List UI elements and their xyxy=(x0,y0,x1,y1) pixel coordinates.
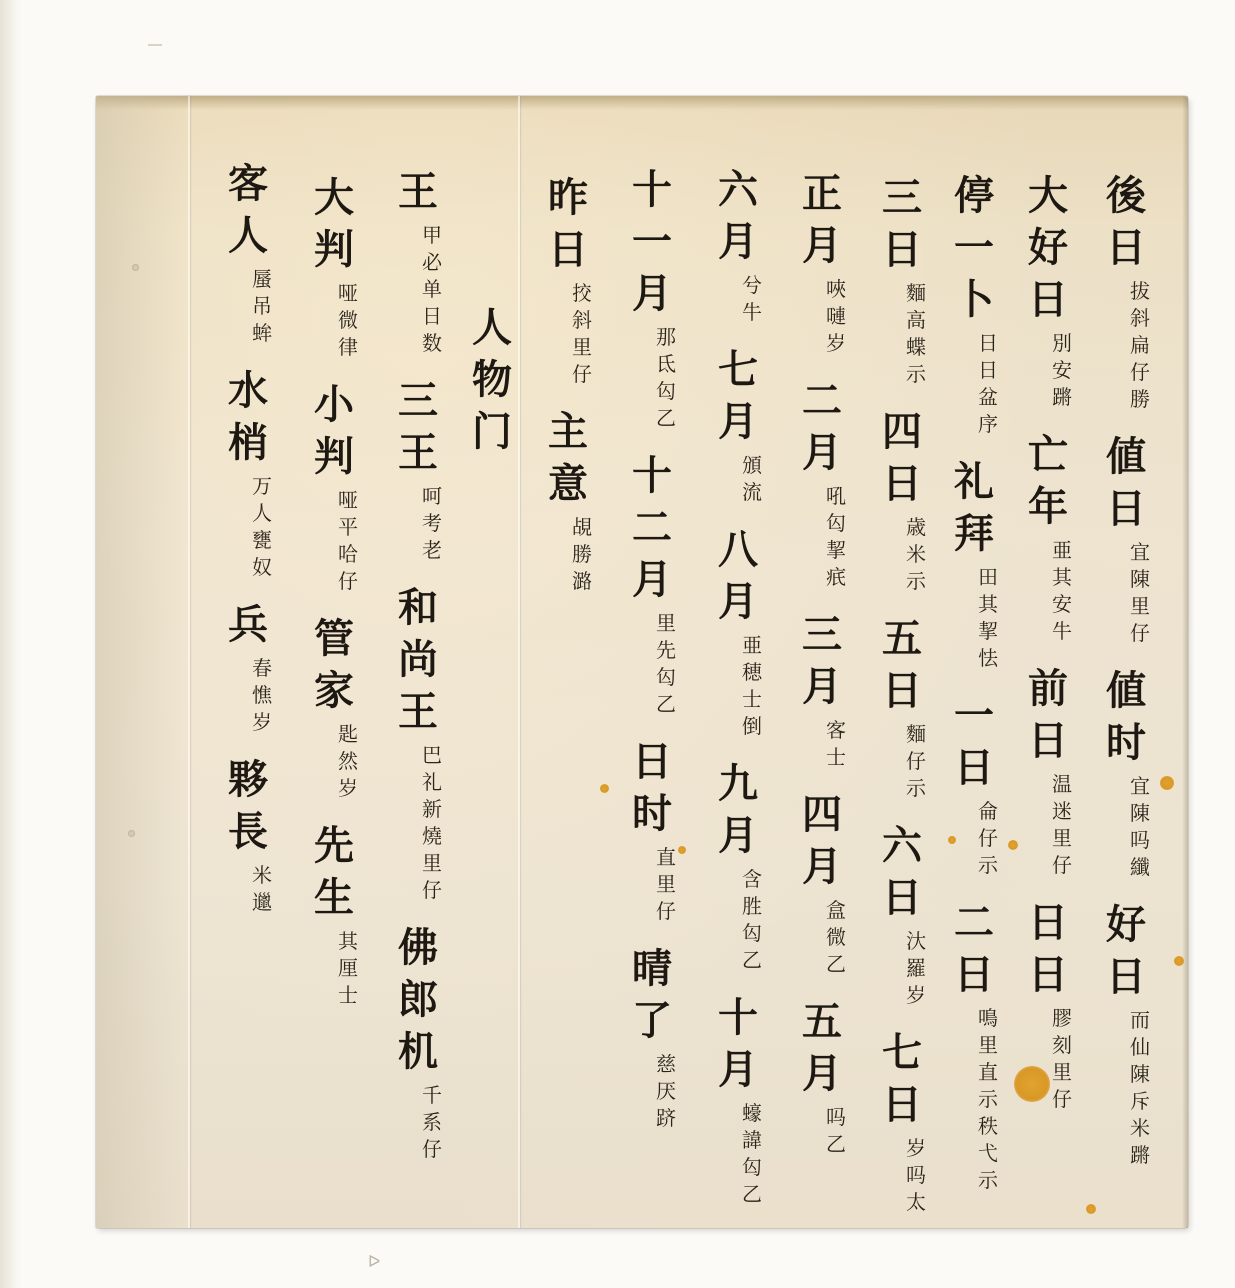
sheet-binding-strip xyxy=(96,96,188,1228)
vocab-entry: 大判哑微律 xyxy=(308,172,362,379)
gloss-annotation: 頒流 xyxy=(738,452,766,506)
headword: 日时 xyxy=(626,736,678,840)
headword: 王 xyxy=(392,166,444,218)
text-column-5: 正月唊嗹岁二月吼匃挈疧三月客士四月盒微乙五月吗乙 xyxy=(796,168,876,1176)
text-column-2: 大好日別安蹡亡年亜其安牛前日温迷里仔日日膠刻里仔 xyxy=(1022,170,1102,1131)
vocab-entry: 十月蠔諱匃乙 xyxy=(712,992,766,1226)
gloss-annotation: 蠔諱匃乙 xyxy=(738,1100,766,1208)
headword: 大判 xyxy=(308,172,360,276)
vocab-entry: 五月吗乙 xyxy=(796,996,850,1176)
headword: 四日 xyxy=(876,406,928,510)
vocab-entry: 佛郎机千系仔 xyxy=(392,922,446,1181)
headword: 十二月 xyxy=(626,450,678,606)
gloss-annotation: 田其挈怯 xyxy=(974,564,1002,672)
gloss-annotation: 温迷里仔 xyxy=(1048,771,1076,879)
text-column-7: 十一月那氐匃乙十二月里先匃乙日时直里仔晴了慈厌跻 xyxy=(626,164,706,1150)
gloss-annotation: 拔斜扁仔勝 xyxy=(1126,278,1154,413)
vocab-entry: 管家匙然岁 xyxy=(308,613,362,820)
headword: 好日 xyxy=(1100,899,1152,1003)
vocab-entry: 昨日挍斜里仔 xyxy=(542,172,596,406)
vocab-entry: 三日麵高蝶示 xyxy=(876,172,930,406)
headword: 六日 xyxy=(876,820,928,924)
gloss-annotation: 哑微律 xyxy=(334,280,362,361)
vocab-entry: 晴了慈厌跻 xyxy=(626,943,680,1150)
headword: 昨日 xyxy=(542,172,594,276)
vocab-entry: 十一月那氐匃乙 xyxy=(626,164,680,450)
headword: 後日 xyxy=(1100,170,1152,274)
gloss-annotation: 其厘士 xyxy=(334,928,362,1009)
headword: 夥長 xyxy=(222,754,274,858)
vocab-entry: 七月頒流 xyxy=(712,344,766,524)
headword: 九月 xyxy=(712,758,764,862)
vocab-entry: 正月唊嗹岁 xyxy=(796,168,850,375)
vocab-entry: 王甲必单日数 xyxy=(392,166,446,375)
vocab-entry: 先生其厘士 xyxy=(308,820,362,1027)
headword: 管家 xyxy=(308,613,360,717)
vocab-entry: 十二月里先匃乙 xyxy=(626,450,680,736)
vocab-entry: 一日侖仔示 xyxy=(948,690,1002,897)
fold-line xyxy=(518,96,520,1228)
gloss-annotation: 吼匃挈疧 xyxy=(822,483,850,591)
vocab-entry: 七日岁吗太 xyxy=(876,1027,930,1234)
gloss-annotation: 米邋 xyxy=(248,862,276,916)
text-column-4: 三日麵高蝶示四日歳米示五日麵仔示六日汏羅岁七日岁吗太 xyxy=(876,172,956,1234)
gloss-annotation: 甲必单日数 xyxy=(418,222,446,357)
headword: 七日 xyxy=(876,1027,928,1131)
gloss-annotation: 亜穂士倒 xyxy=(738,632,766,740)
gloss-annotation: 別安蹡 xyxy=(1048,330,1076,411)
headword: 三王 xyxy=(392,375,444,479)
gloss-annotation: 宜陳里仔 xyxy=(1126,539,1154,647)
headword: 人物门 xyxy=(466,302,518,458)
section-heading: 人物门 xyxy=(466,302,518,476)
gloss-annotation: 呵考老 xyxy=(418,483,446,564)
gloss-annotation: 挍斜里仔 xyxy=(568,280,596,388)
gloss-annotation: 匙然岁 xyxy=(334,721,362,802)
gloss-annotation: 膠刻里仔 xyxy=(1048,1005,1076,1113)
scan-mark xyxy=(148,44,162,46)
text-column-9: 人物门 xyxy=(466,302,546,476)
vocab-entry: 日日膠刻里仔 xyxy=(1022,897,1076,1131)
headword: 晴了 xyxy=(626,943,678,1047)
scan-mark-bottom: ᐅ xyxy=(368,1252,380,1271)
gloss-annotation: 客士 xyxy=(822,717,850,771)
gloss-annotation: 覘勝潞 xyxy=(568,514,596,595)
gloss-annotation: 万人甕奴 xyxy=(248,473,276,581)
binding-hole xyxy=(128,830,135,837)
vocab-entry: 五日麵仔示 xyxy=(876,613,930,820)
vocab-entry: 好日而仙陳斥米蹡 xyxy=(1100,899,1154,1187)
gloss-annotation: 麵仔示 xyxy=(902,721,930,802)
vocab-entry: 兵春憔岁 xyxy=(222,599,276,754)
vocab-entry: 和尚王巴礼新燒里仔 xyxy=(392,582,446,922)
vocab-entry: 水梢万人甕奴 xyxy=(222,365,276,599)
text-column-10: 王甲必单日数三王呵考老和尚王巴礼新燒里仔佛郎机千系仔 xyxy=(392,166,472,1181)
headword: 前日 xyxy=(1022,663,1074,767)
vocab-entry: 値日宜陳里仔 xyxy=(1100,431,1154,665)
headword: 二月 xyxy=(796,375,848,479)
gloss-annotation: 侖仔示 xyxy=(974,798,1002,879)
vocab-entry: 二日鳴里直示秩弋示 xyxy=(948,897,1002,1212)
headword: 七月 xyxy=(712,344,764,448)
gloss-annotation: 麵高蝶示 xyxy=(902,280,930,388)
vocab-entry: 停一卜日日盆序 xyxy=(948,170,1002,456)
vocab-entry: 四月盒微乙 xyxy=(796,789,850,996)
vocab-entry: 客人蜃吊蛑 xyxy=(222,158,276,365)
text-column-3: 停一卜日日盆序礼拜田其挈怯一日侖仔示二日鳴里直示秩弋示 xyxy=(948,170,1028,1212)
vocab-entry: 前日温迷里仔 xyxy=(1022,663,1076,897)
gloss-annotation: 而仙陳斥米蹡 xyxy=(1126,1007,1154,1169)
gloss-annotation: 巴礼新燒里仔 xyxy=(418,742,446,904)
vocab-entry: 三王呵考老 xyxy=(392,375,446,582)
sheet-worn-top-edge xyxy=(96,96,1188,110)
headword: 六月 xyxy=(712,164,764,268)
gloss-annotation: 亜其安牛 xyxy=(1048,537,1076,645)
text-column-12: 客人蜃吊蛑水梢万人甕奴兵春憔岁夥長米邋 xyxy=(222,158,302,934)
vocab-entry: 大好日別安蹡 xyxy=(1022,170,1076,429)
gloss-annotation: 春憔岁 xyxy=(248,655,276,736)
gloss-annotation: 直里仔 xyxy=(652,844,680,925)
binding-hole xyxy=(132,264,139,271)
headword: 十一月 xyxy=(626,164,678,320)
headword: 主意 xyxy=(542,406,594,510)
vocab-entry: 八月亜穂士倒 xyxy=(712,524,766,758)
headword: 値日 xyxy=(1100,431,1152,535)
vocab-entry: 値时宜陳吗纖 xyxy=(1100,665,1154,899)
headword: 日日 xyxy=(1022,897,1074,1001)
gloss-annotation: 岁吗太 xyxy=(902,1135,930,1216)
headword: 兵 xyxy=(222,599,274,651)
headword: 十月 xyxy=(712,992,764,1096)
headword: 佛郎机 xyxy=(392,922,444,1078)
text-column-8: 昨日挍斜里仔主意覘勝潞 xyxy=(542,172,622,613)
gloss-annotation: 里先匃乙 xyxy=(652,610,680,718)
headword: 客人 xyxy=(222,158,274,262)
headword: 水梢 xyxy=(222,365,274,469)
vocab-entry: 夥長米邋 xyxy=(222,754,276,934)
gloss-annotation: 唊嗹岁 xyxy=(822,276,850,357)
sheet-right-edge xyxy=(1182,96,1188,1228)
text-column-6: 六月兮牛七月頒流八月亜穂士倒九月含胜匃乙十月蠔諱匃乙 xyxy=(712,164,792,1226)
gloss-annotation: 鳴里直示秩弋示 xyxy=(974,1005,1002,1194)
vocab-entry: 六日汏羅岁 xyxy=(876,820,930,1027)
gloss-annotation: 哑平哈仔 xyxy=(334,487,362,595)
vocab-entry: 後日拔斜扁仔勝 xyxy=(1100,170,1154,431)
headword: 八月 xyxy=(712,524,764,628)
vocab-entry: 六月兮牛 xyxy=(712,164,766,344)
vocab-entry: 主意覘勝潞 xyxy=(542,406,596,613)
headword: 正月 xyxy=(796,168,848,272)
fold-line xyxy=(188,96,190,1228)
gloss-annotation: 含胜匃乙 xyxy=(738,866,766,974)
text-column-11: 大判哑微律小判哑平哈仔管家匙然岁先生其厘士 xyxy=(308,172,388,1027)
gloss-annotation: 宜陳吗纖 xyxy=(1126,773,1154,881)
vocab-entry: 小判哑平哈仔 xyxy=(308,379,362,613)
gloss-annotation: 吗乙 xyxy=(822,1104,850,1158)
headword: 小判 xyxy=(308,379,360,483)
page-gutter-shadow xyxy=(0,0,22,1288)
gloss-annotation: 蜃吊蛑 xyxy=(248,266,276,347)
gloss-annotation: 慈厌跻 xyxy=(652,1051,680,1132)
headword: 大好日 xyxy=(1022,170,1074,326)
gloss-annotation: 兮牛 xyxy=(738,272,766,326)
vocab-entry: 四日歳米示 xyxy=(876,406,930,613)
headword: 五日 xyxy=(876,613,928,717)
gloss-annotation: 汏羅岁 xyxy=(902,928,930,1009)
gloss-annotation: 日日盆序 xyxy=(974,330,1002,438)
gloss-annotation: 歳米示 xyxy=(902,514,930,595)
headword: 和尚王 xyxy=(392,582,444,738)
ink-stain xyxy=(1086,1204,1096,1214)
headword: 五月 xyxy=(796,996,848,1100)
vocab-entry: 九月含胜匃乙 xyxy=(712,758,766,992)
text-column-1: 後日拔斜扁仔勝値日宜陳里仔値时宜陳吗纖好日而仙陳斥米蹡 xyxy=(1100,170,1180,1187)
gloss-annotation: 那氐匃乙 xyxy=(652,324,680,432)
headword: 四月 xyxy=(796,789,848,893)
gloss-annotation: 盒微乙 xyxy=(822,897,850,978)
gloss-annotation: 千系仔 xyxy=(418,1082,446,1163)
vocab-entry: 三月客士 xyxy=(796,609,850,789)
vocab-entry: 亡年亜其安牛 xyxy=(1022,429,1076,663)
headword: 三日 xyxy=(876,172,928,276)
vocab-entry: 二月吼匃挈疧 xyxy=(796,375,850,609)
vocab-entry: 礼拜田其挈怯 xyxy=(948,456,1002,690)
vocab-entry: 日时直里仔 xyxy=(626,736,680,943)
headword: 三月 xyxy=(796,609,848,713)
headword: 先生 xyxy=(308,820,360,924)
ink-stain xyxy=(600,784,609,793)
headword: 亡年 xyxy=(1022,429,1074,533)
headword: 値时 xyxy=(1100,665,1152,769)
